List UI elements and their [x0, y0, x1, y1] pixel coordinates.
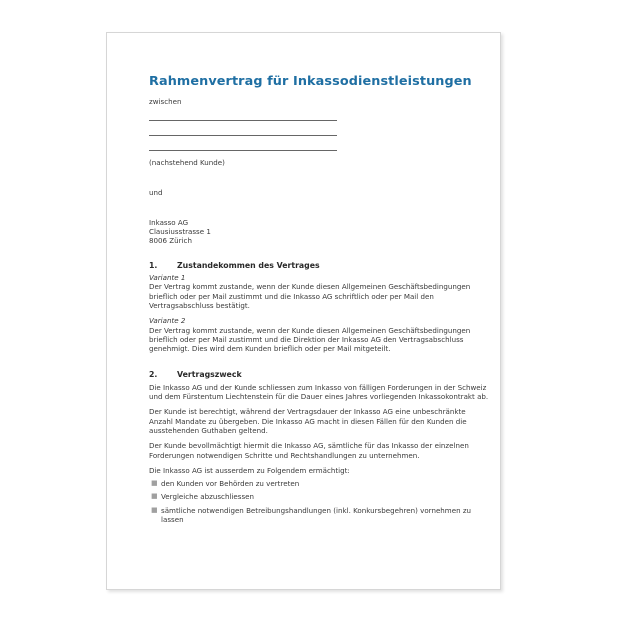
- bullet-icon: ■: [151, 506, 158, 515]
- list-item: ■ Vergleiche abzuschliessen: [149, 492, 489, 501]
- list-item-text: den Kunden vor Behörden zu vertreten: [161, 479, 299, 488]
- section-title: Vertragszweck: [177, 370, 242, 379]
- company-street: Clausiusstrasse 1: [149, 227, 489, 236]
- company-address: Inkasso AG Clausiusstrasse 1 8006 Zürich: [149, 218, 489, 246]
- variant-label: Variante 1: [149, 273, 489, 282]
- company-city: 8006 Zürich: [149, 236, 489, 245]
- bullet-icon: ■: [151, 492, 158, 501]
- company-name: Inkasso AG: [149, 218, 489, 227]
- document-page: Rahmenvertrag für Inkassodienstleistunge…: [106, 32, 501, 590]
- paragraph: Der Kunde ist berechtigt, während der Ve…: [149, 407, 489, 435]
- paragraph: Die Inkasso AG und der Kunde schliessen …: [149, 383, 489, 402]
- section-heading: 2. Vertragszweck: [149, 370, 489, 379]
- list-item-text: Vergleiche abzuschliessen: [161, 492, 254, 501]
- document-content: Rahmenvertrag für Inkassodienstleistunge…: [149, 74, 489, 528]
- bullet-list: ■ den Kunden vor Behörden zu vertreten ■…: [149, 479, 489, 524]
- paragraph: Die Inkasso AG ist ausserdem zu Folgende…: [149, 466, 489, 475]
- party-blank-line: [149, 106, 337, 121]
- between-label: zwischen: [149, 97, 489, 106]
- variant-text: Der Vertrag kommt zustande, wenn der Kun…: [149, 326, 489, 354]
- variant-label: Variante 2: [149, 316, 489, 325]
- section-number: 2.: [149, 370, 177, 379]
- variant-text: Der Vertrag kommt zustande, wenn der Kun…: [149, 282, 489, 310]
- section-heading: 1. Zustandekommen des Vertrages: [149, 261, 489, 270]
- paragraph: Der Kunde bevollmächtigt hiermit die Ink…: [149, 441, 489, 460]
- party-blank-line: [149, 121, 337, 136]
- customer-note: (nachstehend Kunde): [149, 158, 489, 167]
- bullet-icon: ■: [151, 479, 158, 488]
- party-blank-line: [149, 136, 337, 151]
- list-item-text: sämtliche notwendigen Betreibungshandlun…: [161, 506, 471, 524]
- section-title: Zustandekommen des Vertrages: [177, 261, 320, 270]
- list-item: ■ den Kunden vor Behörden zu vertreten: [149, 479, 489, 488]
- list-item: ■ sämtliche notwendigen Betreibungshandl…: [149, 506, 489, 525]
- section-number: 1.: [149, 261, 177, 270]
- and-label: und: [149, 188, 489, 197]
- document-title: Rahmenvertrag für Inkassodienstleistunge…: [149, 74, 489, 90]
